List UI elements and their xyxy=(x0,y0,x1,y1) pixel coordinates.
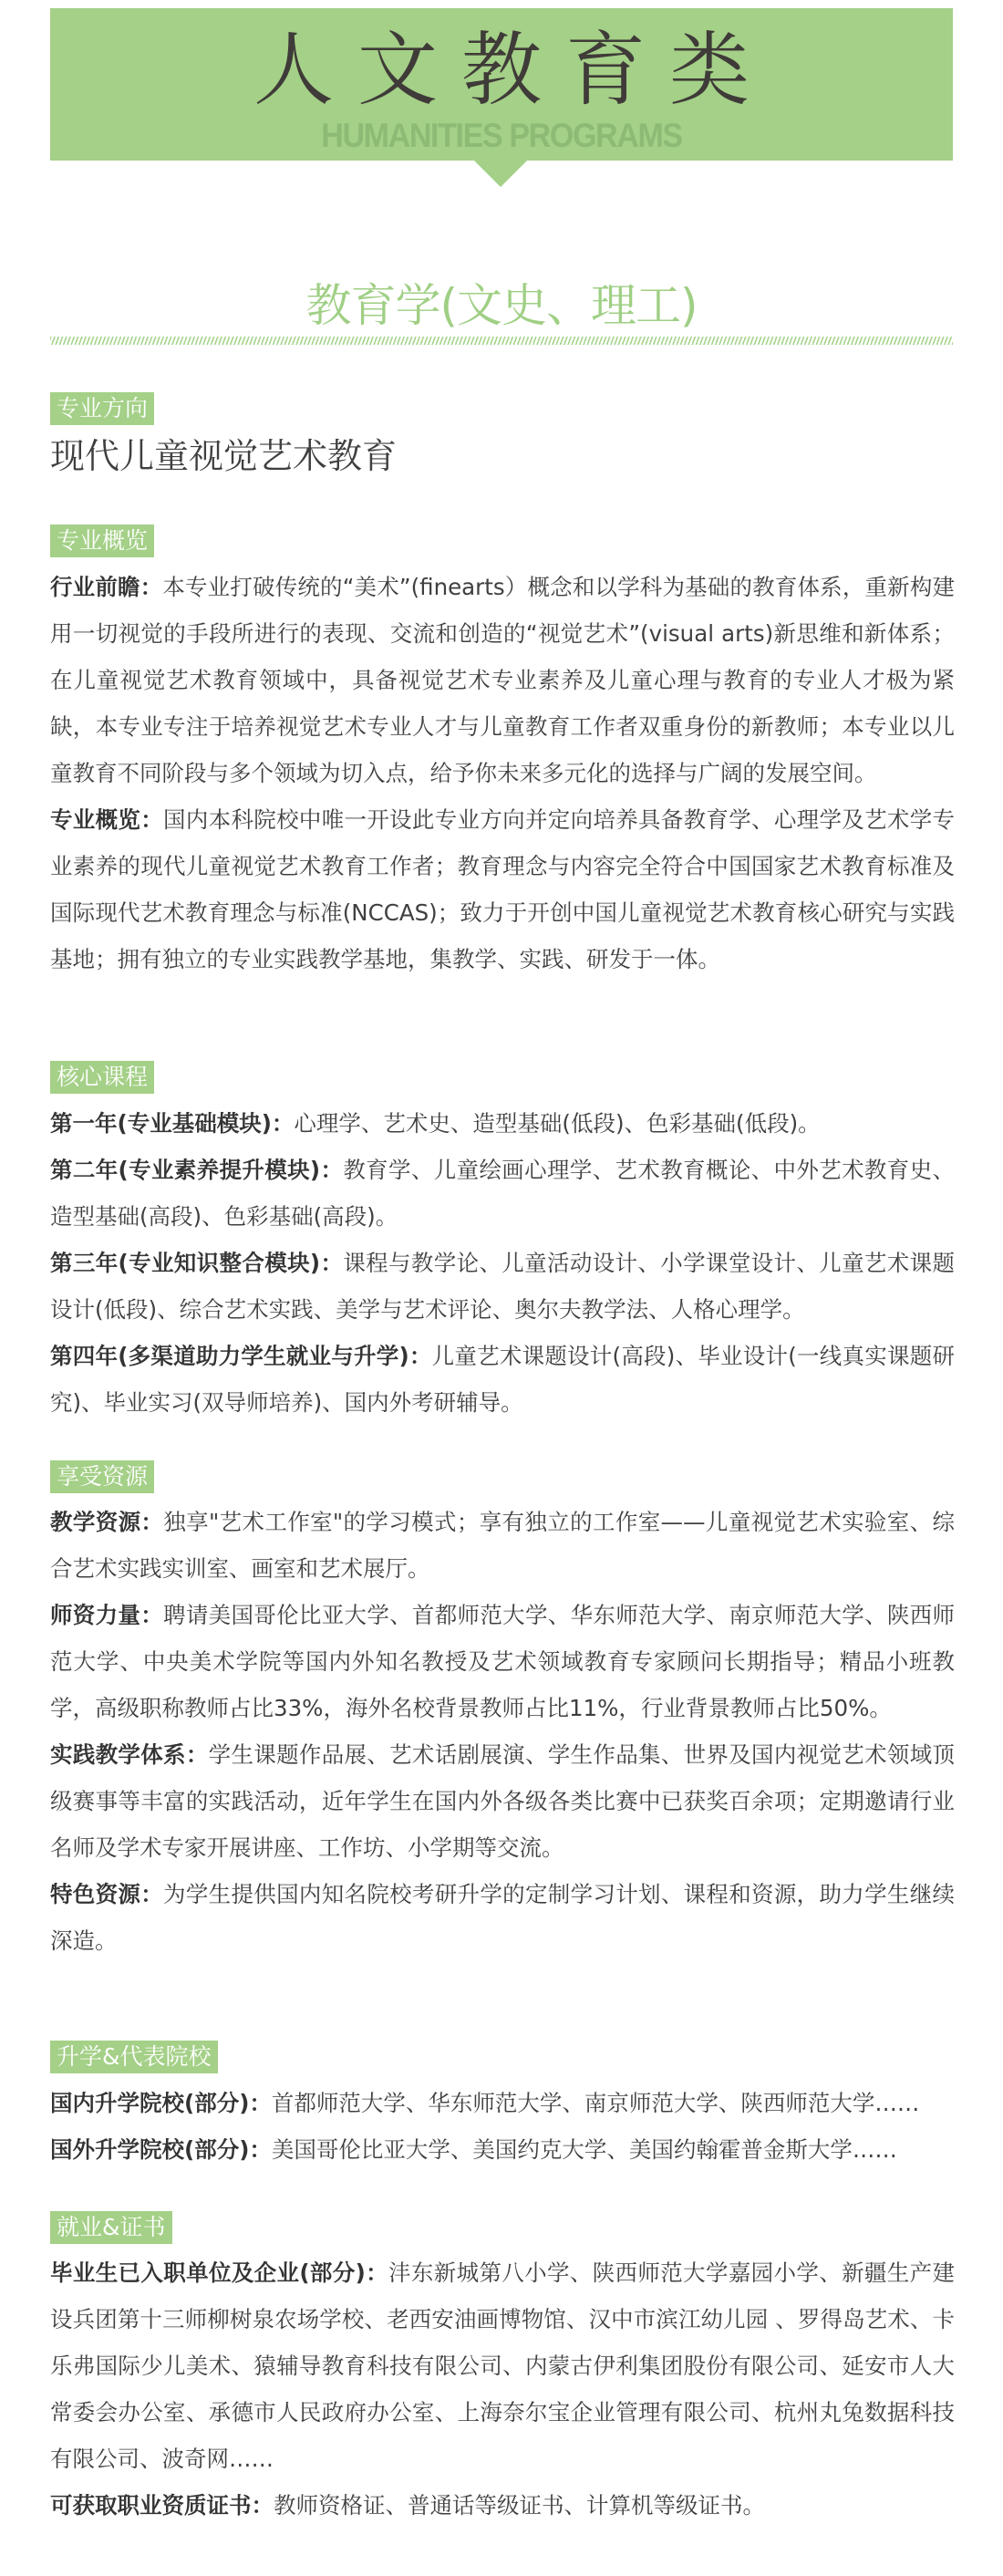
item-label: 国外升学院校(部分)： xyxy=(50,2136,272,2163)
banner-subtitle: HUMANITIES PROGRAMS xyxy=(87,118,917,154)
category-title: 教育学(文史、理工) xyxy=(0,274,1003,338)
banner-pointer-triangle-icon xyxy=(473,160,528,187)
resource-item: 特色资源：为学生提供国内知名院校考研升学的定制学习计划、课程和资源，助力学生继续… xyxy=(50,1871,955,1964)
item-label: 教学资源： xyxy=(50,1509,163,1535)
item-label: 第四年(多渠道助力学生就业与升学)： xyxy=(50,1343,432,1369)
item-label: 可获取职业资质证书： xyxy=(50,2492,274,2519)
item-label: 第一年(专业基础模块)： xyxy=(50,1110,294,1137)
item-label: 专业概览： xyxy=(50,806,163,833)
item-label: 第二年(专业素养提升模块)： xyxy=(50,1157,343,1183)
overview-block: 行业前瞻：本专业打破传统的“美术”(finearts）概念和以学科为基础的教育体… xyxy=(50,564,955,982)
item-text: 首都师范大学、华东师范大学、南京师范大学、陕西师范大学…… xyxy=(272,2090,920,2116)
section-tag-overview: 专业概览 xyxy=(50,525,154,557)
item-label: 毕业生已入职单位及企业(部分)： xyxy=(50,2259,388,2286)
banner-title: 人文教育类 xyxy=(50,25,953,116)
item-label: 国内升学院校(部分)： xyxy=(50,2090,272,2116)
section-tag-employment: 就业&证书 xyxy=(50,2211,172,2244)
item-text: 本专业打破传统的“美术”(finearts）概念和以学科为基础的教育体系，重新构… xyxy=(50,574,955,786)
section-tag-resources: 享受资源 xyxy=(50,1460,154,1493)
item-text: 教师资格证、普通话等级证书、计算机等级证书。 xyxy=(274,2492,765,2519)
item-text: 独享"艺术工作室"的学习模式；享有独立的工作室——儿童视觉艺术实验室、综合艺术实… xyxy=(50,1509,955,1582)
overview-item: 行业前瞻：本专业打破传统的“美术”(finearts）概念和以学科为基础的教育体… xyxy=(50,564,955,796)
course-year-item: 第三年(专业知识整合模块)：课程与教学论、儿童活动设计、小学课堂设计、儿童艺术课… xyxy=(50,1240,955,1333)
item-label: 第三年(专业知识整合模块)： xyxy=(50,1250,343,1276)
direction-heading: 现代儿童视觉艺术教育 xyxy=(50,434,397,478)
course-year-item: 第四年(多渠道助力学生就业与升学)：儿童艺术课题设计(高段)、毕业设计(一线真实… xyxy=(50,1333,955,1426)
courses-block: 第一年(专业基础模块)：心理学、艺术史、造型基础(低段)、色彩基础(低段)。 第… xyxy=(50,1100,955,1426)
resource-item: 教学资源：独享"艺术工作室"的学习模式；享有独立的工作室——儿童视觉艺术实验室、… xyxy=(50,1499,955,1592)
item-text: 心理学、艺术史、造型基础(低段)、色彩基础(低段)。 xyxy=(294,1110,820,1137)
employment-item: 毕业生已入职单位及企业(部分)：沣东新城第八小学、陕西师范大学嘉园小学、新疆生产… xyxy=(50,2249,955,2482)
overview-item: 专业概览：国内本科院校中唯一开设此专业方向并定向培养具备教育学、心理学及艺术学专… xyxy=(50,796,955,982)
item-text: 沣东新城第八小学、陕西师范大学嘉园小学、新疆生产建设兵团第十三师柳树泉农场学校、… xyxy=(50,2259,955,2472)
further-study-item: 国外升学院校(部分)：美国哥伦比亚大学、美国约克大学、美国约翰霍普金斯大学…… xyxy=(50,2126,955,2173)
item-text: 聘请美国哥伦比亚大学、首都师范大学、华东师范大学、南京师范大学、陕西师范大学、中… xyxy=(50,1602,955,1721)
item-text: 美国哥伦比亚大学、美国约克大学、美国约翰霍普金斯大学…… xyxy=(272,2136,897,2163)
section-tag-direction: 专业方向 xyxy=(50,392,154,425)
item-text: 为学生提供国内知名院校考研升学的定制学习计划、课程和资源，助力学生继续深造。 xyxy=(50,1881,955,1954)
employment-block: 毕业生已入职单位及企业(部分)：沣东新城第八小学、陕西师范大学嘉园小学、新疆生产… xyxy=(50,2249,955,2529)
section-tag-further-study: 升学&代表院校 xyxy=(50,2041,218,2073)
header-banner: 人文教育类 HUMANITIES PROGRAMS xyxy=(50,8,953,161)
item-label: 特色资源： xyxy=(50,1881,163,1907)
item-label: 行业前瞻： xyxy=(50,574,162,600)
resource-item: 师资力量：聘请美国哥伦比亚大学、首都师范大学、华东师范大学、南京师范大学、陕西师… xyxy=(50,1592,955,1731)
item-label: 师资力量： xyxy=(50,1602,163,1628)
item-label: 实践教学体系： xyxy=(50,1741,209,1768)
resource-item: 实践教学体系：学生课题作品展、艺术话剧展演、学生作品集、世界及国内视觉艺术领域顶… xyxy=(50,1731,955,1871)
stripe-divider xyxy=(50,337,953,345)
course-year-item: 第二年(专业素养提升模块)：教育学、儿童绘画心理学、艺术教育概论、中外艺术教育史… xyxy=(50,1147,955,1240)
further-study-block: 国内升学院校(部分)：首都师范大学、华东师范大学、南京师范大学、陕西师范大学……… xyxy=(50,2080,955,2173)
section-tag-courses: 核心课程 xyxy=(50,1061,154,1094)
course-year-item: 第一年(专业基础模块)：心理学、艺术史、造型基础(低段)、色彩基础(低段)。 xyxy=(50,1100,955,1147)
further-study-item: 国内升学院校(部分)：首都师范大学、华东师范大学、南京师范大学、陕西师范大学…… xyxy=(50,2080,955,2126)
resources-block: 教学资源：独享"艺术工作室"的学习模式；享有独立的工作室——儿童视觉艺术实验室、… xyxy=(50,1499,955,1964)
employment-item: 可获取职业资质证书：教师资格证、普通话等级证书、计算机等级证书。 xyxy=(50,2482,955,2529)
item-text: 国内本科院校中唯一开设此专业方向并定向培养具备教育学、心理学及艺术学专业素养的现… xyxy=(50,806,955,972)
